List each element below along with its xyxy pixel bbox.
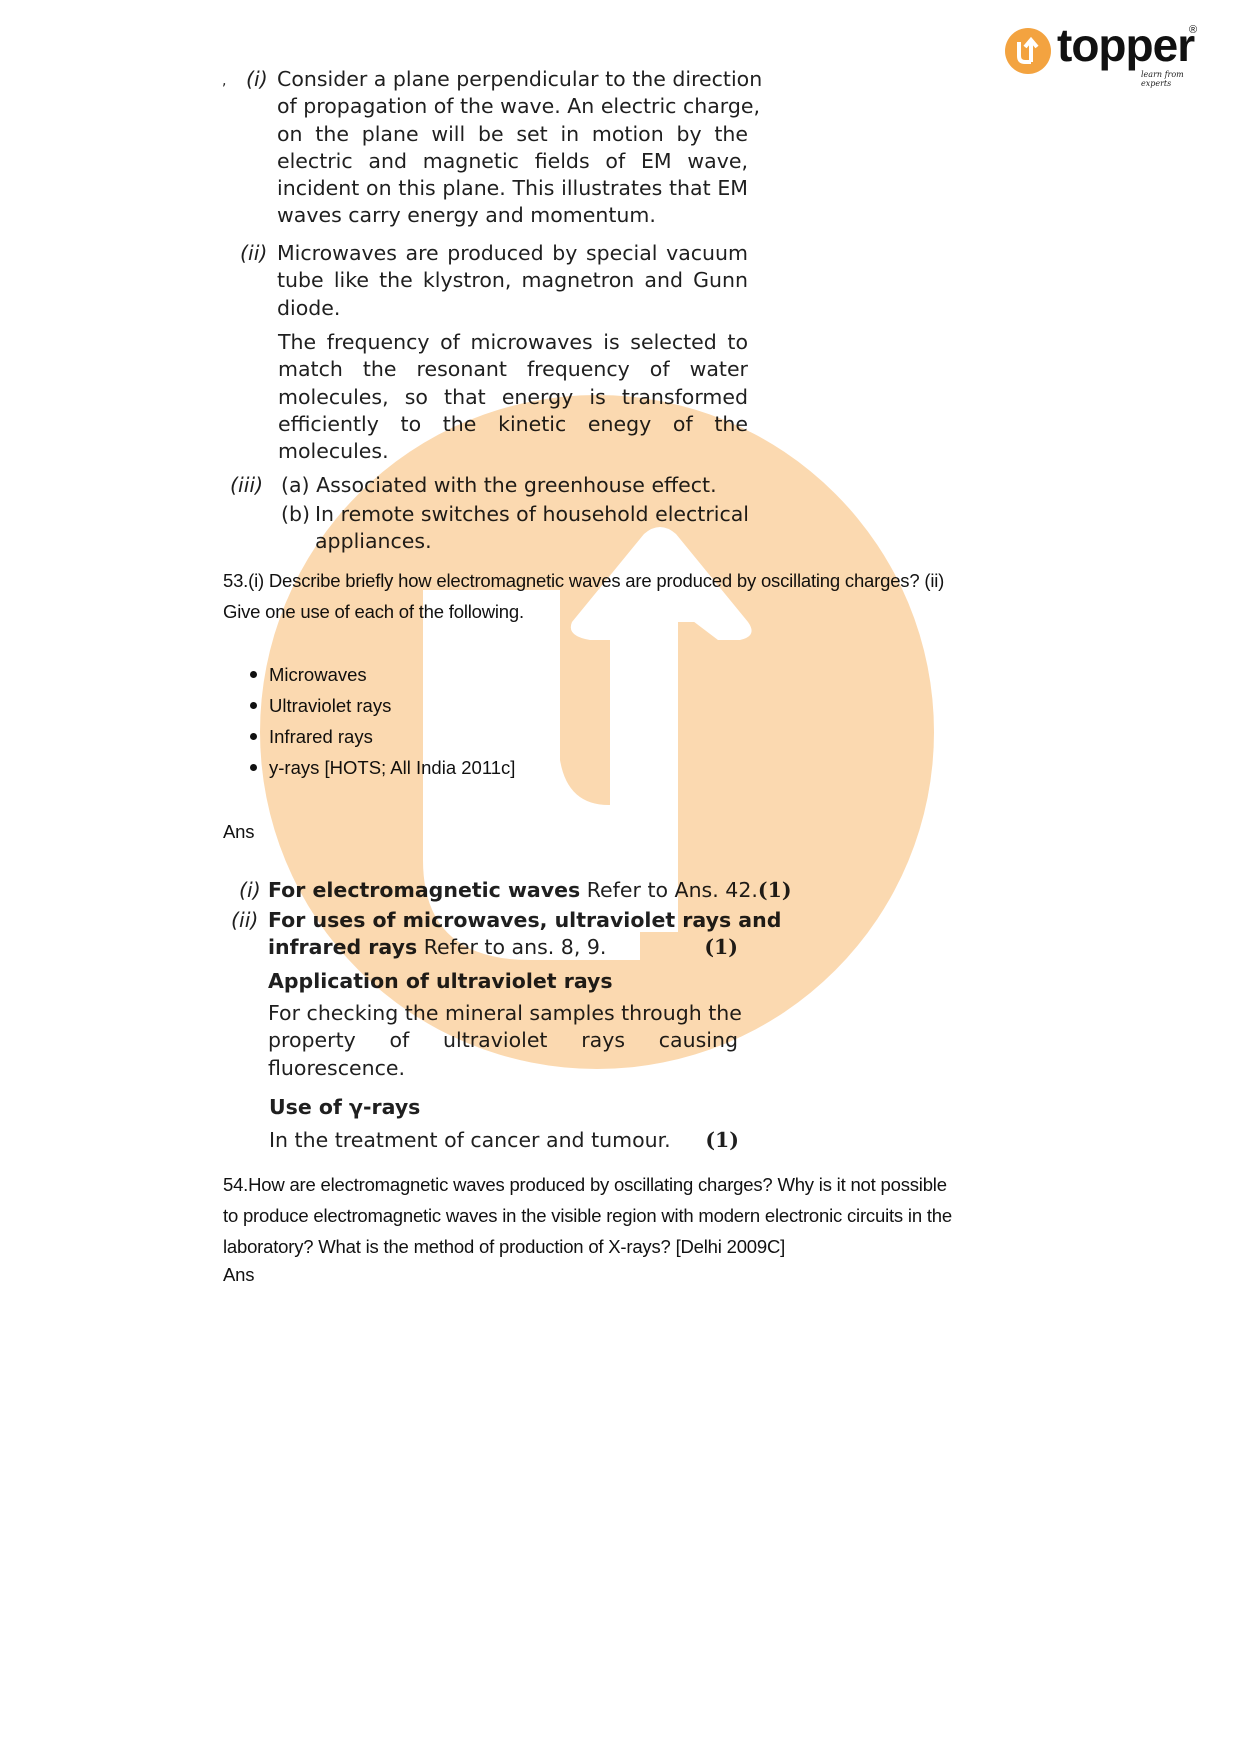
question-53-ans-label: Ans [223,816,254,847]
gamma-use-text: In the treatment of cancer and tumour.(1… [269,1127,739,1154]
bullet-icon [250,702,257,709]
answer-53-i: For electromagnetic waves Refer to Ans. … [268,877,738,904]
topper-logo: topper ® learn from experts [1005,26,1205,86]
question-53-bullet-list: Microwaves Ultraviolet rays Infrared ray… [250,659,515,783]
answer-item-i-text: Consider a plane perpendicular to the di… [277,66,748,230]
question-54: 54.How are electromagnetic waves produce… [223,1169,952,1288]
answer-item-ii-paragraph: The frequency of microwaves is selected … [278,329,748,465]
answer-53-i-label: (i) [239,877,261,904]
answer-item-iii-a: (a) Associated with the greenhouse effec… [281,472,717,499]
answer-item-i-label: (i) [246,66,268,93]
topper-u-arrow-icon [1005,28,1051,74]
answer-item-iii-label: (iii) [230,472,263,499]
question-53: 53.(i) Describe briefly how electromagne… [223,565,944,627]
list-item: Microwaves [250,659,515,690]
list-item: Infrared rays [250,721,515,752]
list-item: Ultraviolet rays [250,690,515,721]
gamma-use-heading: Use of γ-rays [269,1094,420,1121]
stray-mark: , [222,68,226,95]
registered-mark: ® [1189,24,1197,36]
list-item: y-rays [HOTS; All India 2011c] [250,752,515,783]
bullet-icon [250,671,257,678]
logo-wordmark: topper [1057,18,1194,72]
answer-item-ii-label: (ii) [240,240,267,267]
answer-53-ii-label: (ii) [231,907,258,934]
uv-application-text: For checking the mineral samples through… [268,1000,738,1082]
bullet-icon [250,764,257,771]
answer-53-ii: For uses of microwaves, ultraviolet rays… [268,907,738,962]
logo-tagline: learn from experts [1141,70,1205,88]
answer-item-iii-b-text: In remote switches of household electric… [315,501,749,556]
bullet-icon [250,733,257,740]
answer-item-iii-b-label: (b) [281,501,310,528]
uv-application-heading: Application of ultraviolet rays [268,968,613,995]
answer-item-ii-text: Microwaves are produced by special vacuu… [277,240,748,322]
